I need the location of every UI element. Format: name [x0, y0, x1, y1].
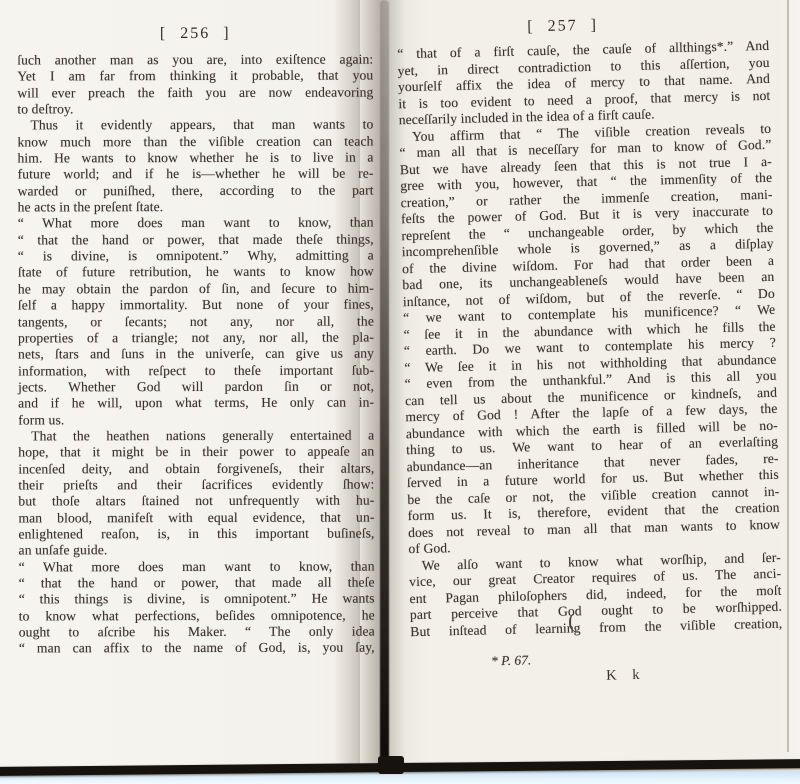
- text-line: “ man can affix to the name of God, is, …: [19, 640, 375, 657]
- page-number-256: [ 256 ]: [17, 24, 373, 45]
- text-line: he acts in the preſent ſtate.: [18, 199, 374, 216]
- text-line: hope, that it might be in their power to…: [18, 444, 374, 461]
- text-line: “ this things is divine, is omnipotent.”…: [19, 591, 375, 608]
- text-line: but thoſe altars ſtained not unfrequentl…: [18, 493, 374, 510]
- text-line: ought to aſcribe his Maker. “ The only i…: [19, 624, 375, 641]
- text-line: “ that the hand or power, that made all …: [19, 575, 375, 592]
- text-line: an unſafe guide.: [19, 542, 375, 559]
- text-line: Thus it evidently appears, that man want…: [17, 117, 373, 134]
- book-scan: [ 256 ] ſuch another man as you are, int…: [0, 0, 800, 784]
- text-line: incenſed deity, and obtain forgiveneſs, …: [18, 460, 374, 477]
- text-line: to know what perfections, beſides omnipo…: [19, 607, 375, 624]
- left-page-body: ſuch another man as you are, into exiſte…: [17, 52, 375, 658]
- text-line: warded or puniſhed, there, according to …: [18, 182, 374, 199]
- text-line: form us.: [18, 411, 374, 428]
- text-line: to deſtroy.: [17, 101, 373, 118]
- text-line: ſelf a happy immortality. But none of yo…: [18, 297, 374, 314]
- text-line: ſtate of future retribution, he wants to…: [18, 264, 374, 281]
- text-line: him. He wants to know whether he is to l…: [18, 150, 374, 167]
- text-line: Yet I am far from thinking it probable, …: [17, 68, 373, 85]
- page-edge-line: [787, 0, 789, 752]
- text-line: tangents, or ſecants; not any, nor all, …: [18, 313, 374, 330]
- text-line: information, with reſpect to theſe impor…: [18, 362, 374, 379]
- text-line: their prieſts and their ſacrifices evide…: [18, 476, 374, 493]
- text-line: “ that the hand or power, that made theſ…: [18, 231, 374, 248]
- text-line: jects. Whether God will pardon ſin or no…: [18, 378, 374, 395]
- text-line: know much more than the viſible creation…: [17, 133, 373, 150]
- text-line: and if he will, upon what terms, He only…: [18, 395, 374, 412]
- text-line: “ What more does man want to know, than: [18, 215, 374, 232]
- left-page: [ 256 ] ſuch another man as you are, int…: [17, 24, 375, 658]
- text-line: “ What more does man want to know, than: [19, 558, 375, 575]
- bottom-gutter-blob: [378, 756, 404, 774]
- text-line: nets, ſtars and ſuns in the univerſe, ca…: [18, 346, 374, 363]
- right-page: [ 257 ] “ that of a firſt cauſe, the cau…: [396, 12, 783, 689]
- stray-mark: (: [568, 608, 576, 633]
- binding-gutter-line: [380, 0, 389, 772]
- text-line: he may obtain the pardon of ſin, and ſec…: [18, 280, 374, 297]
- text-line: future world; and if he is—whether he wi…: [18, 166, 374, 183]
- text-line: “ is divine, is omnipotent.” Why, admitt…: [18, 248, 374, 265]
- text-line: man blood, manifeſt with equal evidence,…: [18, 509, 374, 526]
- text-line: will ever preach the faith you are now e…: [17, 84, 373, 101]
- text-line: ſuch another man as you are, into exiſte…: [17, 52, 373, 69]
- text-line: enlightened reaſon, is, in this importan…: [18, 526, 374, 543]
- text-line: properties of a triangle; not any, nor a…: [18, 329, 374, 346]
- right-page-body: “ that of a firſt cauſe, the cauſe of al…: [397, 38, 782, 640]
- text-line: That the heathen nations generally enter…: [18, 427, 374, 444]
